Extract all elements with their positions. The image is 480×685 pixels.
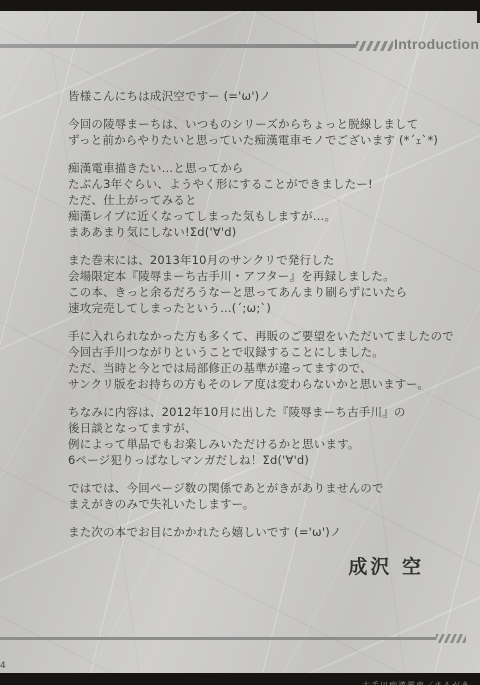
text-line: ただ、当時と今とでは局部修正の基準が違ってますので、 [68,360,440,376]
paragraph-demand: 手に入れられなかった方も多くて、再販のご要望をいただいてましたので 今回古手川つ… [68,328,440,392]
paragraph-three-years: 痴漢電車描きたい…と思ってから たぶん3年ぐらい、ようやく形にすることができまし… [68,160,440,240]
footer-rule [0,637,436,640]
paragraph-book-intro: 今回の陵辱まーちは、いつものシリーズからちょっと脱線しまして ずっと前からやりた… [68,116,440,148]
text-line: また次の本でお目にかかれたら嬉しいです (='ω')ノ [68,524,440,540]
text-line: 後日談となってますが、 [68,420,440,436]
bottom-border-bar: 古手川痴漢電車／まえがき [0,673,480,685]
footer-chevrons-icon [436,634,466,643]
paragraph-greeting: 皆様こんにちは成沢空ですー (='ω')ノ [68,88,440,104]
header-rule [0,44,356,48]
text-line: この本、きっと余るだろうなーと思ってあんまり刷らずにいたら [68,284,440,300]
text-line: 痴漢電車描きたい…と思ってから [68,160,440,176]
header-chevrons-icon [356,41,393,51]
text-line: 手に入れられなかった方も多くて、再販のご要望をいただいてましたので [68,328,440,344]
doujin-foreword-page: Introduction 皆様こんにちは成沢空ですー (='ω')ノ 今回の陵辱… [0,0,480,685]
text-line: ではでは、今回ページ数の関係であとがきがありませんので [68,480,440,496]
text-line: まえがきのみで失礼いたしますー。 [68,496,440,512]
author-signature: 成沢 空 [348,552,424,579]
text-line: 皆様こんにちは成沢空ですー (='ω')ノ [68,88,440,104]
text-line: また巻末には、2013年10月のサンクリで発行した [68,252,440,268]
paragraph-farewell: また次の本でお目にかかれたら嬉しいです (='ω')ノ [68,524,440,540]
text-line: 6ページ犯りっぱなしマンガだしね！Σd('∀'d) [68,452,440,468]
paragraph-closing: ではでは、今回ページ数の関係であとがきがありませんので まえがきのみで失礼いたし… [68,480,440,512]
text-line: 痴漢レイプに近くなってしまった気もしますが…。 [68,208,440,224]
text-line: 会場限定本『陵辱まーち古手川・アフター』を再録しました。 [68,268,440,284]
foreword-text: 皆様こんにちは成沢空ですー (='ω')ノ 今回の陵辱まーちは、いつものシリーズ… [68,88,440,552]
footer-label: 古手川痴漢電車／まえがき [362,680,480,685]
text-line: 速攻完売してしまったという…(´;ω;`) [68,300,440,316]
text-line: ただ、仕上がってみると [68,192,440,208]
paragraph-contents: ちなみに内容は、2012年10月に出した『陵辱まーち古手川』の 後日談となってま… [68,404,440,468]
text-line: サンクリ版をお持ちの方もそのレア度は変わらないかと思いますー。 [68,376,440,392]
text-line: まああまり気にしない!Σd('∀'d) [68,224,440,240]
text-line: 今回古手川つながりということで収録することにしました。 [68,344,440,360]
text-line: 今回の陵辱まーちは、いつものシリーズからちょっと脱線しまして [68,116,440,132]
top-border-bar [0,0,480,11]
text-line: たぶん3年ぐらい、ようやく形にすることができましたー! [68,176,440,192]
page-number: 4 [0,661,6,671]
section-title: Introduction [394,36,479,52]
text-line: ずっと前からやりたいと思っていた痴漢電車モノでございます (*´ｪ`*) [68,132,440,148]
text-line: 例によって単品でもお楽しみいただけるかと思います。 [68,436,440,452]
text-line: ちなみに内容は、2012年10月に出した『陵辱まーち古手川』の [68,404,440,420]
paragraph-reprint: また巻末には、2013年10月のサンクリで発行した 会場限定本『陵辱まーち古手川… [68,252,440,316]
